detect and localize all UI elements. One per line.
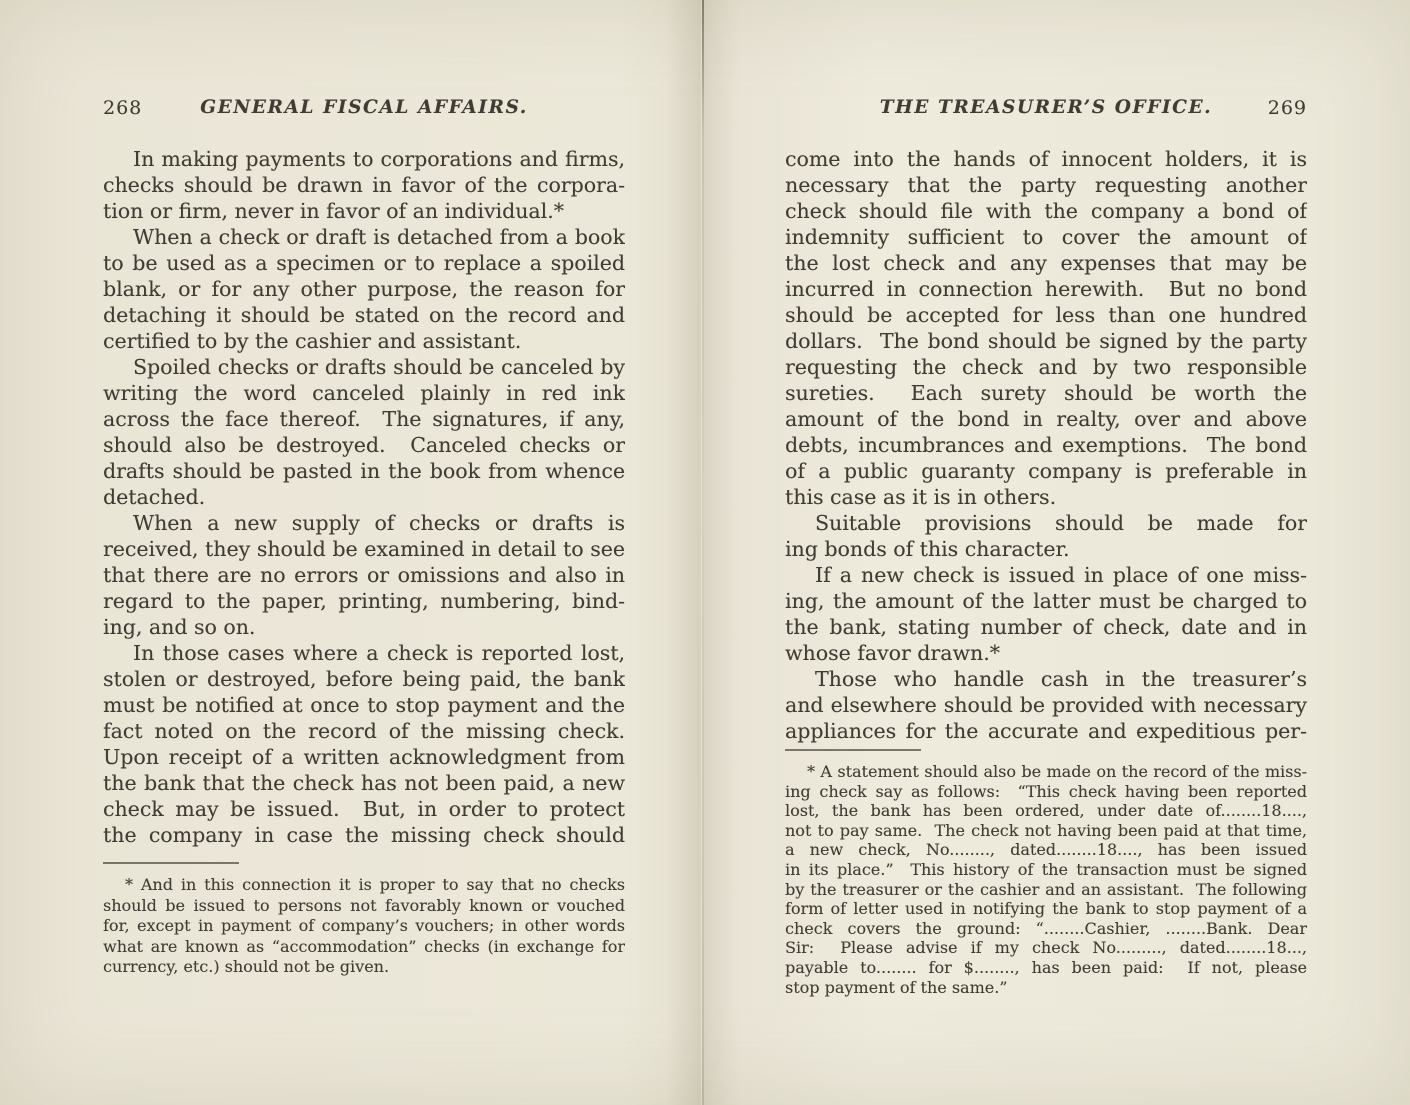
body-text-line: detaching it should be stated on the rec…: [103, 302, 625, 328]
body-text-line: come into the hands of innocent holders,…: [785, 146, 1307, 172]
footnote-text-line: what are known as “accommodation” checks…: [103, 937, 625, 958]
footnote-text-line: in its place.” This history of the trans…: [785, 860, 1307, 880]
body-text-line: should also be destroyed. Canceled check…: [103, 432, 625, 458]
body-text-line: Those who handle cash in the treasurer’s…: [785, 666, 1307, 692]
footnote-rule-right: [785, 749, 921, 751]
footnote-text-line: lost, the bank has been ordered, under d…: [785, 801, 1307, 821]
body-text-line: Spoiled checks or drafts should be cance…: [103, 354, 625, 380]
body-text-line: and elsewhere should be provided with ne…: [785, 692, 1307, 718]
page-number-left: 268: [103, 96, 142, 120]
body-text-line: must be notified at once to stop payment…: [103, 692, 625, 718]
body-text-line: check may be issued. But, in order to pr…: [103, 796, 625, 822]
body-text-line: stolen or destroyed, before being paid, …: [103, 666, 625, 692]
body-text-line: the bank that the check has not been pai…: [103, 770, 625, 796]
body-text-line: to be used as a specimen or to replace a…: [103, 250, 625, 276]
body-text-line: received, they should be examined in det…: [103, 536, 625, 562]
footnote-text-line: by the treasurer or the cashier and an a…: [785, 880, 1307, 900]
body-text-line: incurred in connection herewith. But no …: [785, 276, 1307, 302]
body-text-line: the bank, stating number of check, date …: [785, 614, 1307, 640]
body-text-line: In those cases where a check is reported…: [103, 640, 625, 666]
footnote-text-line: payable to........ for $........, has be…: [785, 958, 1307, 978]
footnote-text-line: not to pay same. The check not having be…: [785, 821, 1307, 841]
footnote-text-line: form of letter used in notifying the ban…: [785, 899, 1307, 919]
body-text-line: tion or firm, never in favor of an indiv…: [103, 198, 625, 224]
body-text-line: indemnity sufficient to cover the amount…: [785, 224, 1307, 250]
body-text-line: writing the word canceled plainly in red…: [103, 380, 625, 406]
footnote-text-line: Sir: Please advise if my check No.......…: [785, 938, 1307, 958]
page-header-right: THE TREASURER’S OFFICE. 269: [785, 96, 1307, 120]
footnote-left: * And in this connection it is proper to…: [103, 875, 625, 978]
body-text-line: In making payments to corporations and f…: [103, 146, 625, 172]
footnote-text-line: for, except in payment of company’s vouc…: [103, 916, 625, 937]
footnote-right: * A statement should also be made on the…: [785, 762, 1307, 997]
body-text-line: debts, incumbrances and exemptions. The …: [785, 432, 1307, 458]
footnote-text-line: should be issued to persons not favorabl…: [103, 896, 625, 917]
footnote-text-line: stop payment of the same.”: [785, 978, 1307, 998]
body-text-line: blank, or for any other purpose, the rea…: [103, 276, 625, 302]
footnote-text-line: * And in this connection it is proper to…: [103, 875, 625, 896]
book-gutter: [700, 0, 705, 1105]
page-right: THE TREASURER’S OFFICE. 269 come into th…: [707, 0, 1410, 1105]
running-title-right: THE TREASURER’S OFFICE.: [785, 96, 1307, 120]
body-text-line: If a new check is issued in place of one…: [785, 562, 1307, 588]
body-text-line: fact noted on the record of the missing …: [103, 718, 625, 744]
footnote-text-line: currency, etc.) should not be given.: [103, 957, 625, 978]
page-body-right: come into the hands of innocent holders,…: [785, 146, 1307, 744]
body-text-line: drafts should be pasted in the book from…: [103, 458, 625, 484]
page-header-left: 268 GENERAL FISCAL AFFAIRS.: [103, 96, 625, 120]
body-text-line: that there are no errors or omissions an…: [103, 562, 625, 588]
body-text-line: should be accepted for less than one hun…: [785, 302, 1307, 328]
body-text-line: amount of the bond in realty, over and a…: [785, 406, 1307, 432]
body-text-line: When a check or draft is detached from a…: [103, 224, 625, 250]
body-text-line: regard to the paper, printing, numbering…: [103, 588, 625, 614]
body-text-line: Suitable provisions should be made for p…: [785, 510, 1307, 536]
page-left: 268 GENERAL FISCAL AFFAIRS. In making pa…: [0, 0, 703, 1105]
body-text-line: appliances for the accurate and expediti…: [785, 718, 1307, 744]
body-text-line: ing, and so on.: [103, 614, 625, 640]
body-text-line: ing, the amount of the latter must be ch…: [785, 588, 1307, 614]
body-text-line: the company in case the missing check sh…: [103, 822, 625, 848]
footnote-text-line: * A statement should also be made on the…: [785, 762, 1307, 782]
body-text-line: checks should be drawn in favor of the c…: [103, 172, 625, 198]
gutter-crease: [702, 0, 704, 1105]
body-text-line: dollars. The bond should be signed by th…: [785, 328, 1307, 354]
body-text-line: certified to by the cashier and assistan…: [103, 328, 625, 354]
footnote-text-line: a new check, No........, dated........18…: [785, 840, 1307, 860]
body-text-line: the lost check and any expenses that may…: [785, 250, 1307, 276]
footnote-rule-left: [103, 862, 239, 864]
body-text-line: across the face thereof. The signatures,…: [103, 406, 625, 432]
running-title-left: GENERAL FISCAL AFFAIRS.: [103, 96, 625, 120]
body-text-line: When a new supply of checks or drafts is: [103, 510, 625, 536]
body-text-line: necessary that the party requesting anot…: [785, 172, 1307, 198]
body-text-line: detached.: [103, 484, 625, 510]
body-text-line: whose favor drawn.*: [785, 640, 1307, 666]
body-text-line: Upon receipt of a written acknowledgment…: [103, 744, 625, 770]
body-text-line: check should file with the company a bon…: [785, 198, 1307, 224]
body-text-line: sureties. Each surety should be worth th…: [785, 380, 1307, 406]
body-text-line: this case as it is in others.: [785, 484, 1307, 510]
page-number-right: 269: [1268, 96, 1307, 120]
page-body-left: In making payments to corporations and f…: [103, 146, 625, 848]
book-spread: 268 GENERAL FISCAL AFFAIRS. In making pa…: [0, 0, 1410, 1105]
body-text-line: requesting the check and by two responsi…: [785, 354, 1307, 380]
footnote-text-line: check covers the ground: “........Cashie…: [785, 919, 1307, 939]
body-text-line: ing bonds of this character.: [785, 536, 1307, 562]
footnote-text-line: ing check say as follows: “This check ha…: [785, 782, 1307, 802]
body-text-line: of a public guaranty company is preferab…: [785, 458, 1307, 484]
